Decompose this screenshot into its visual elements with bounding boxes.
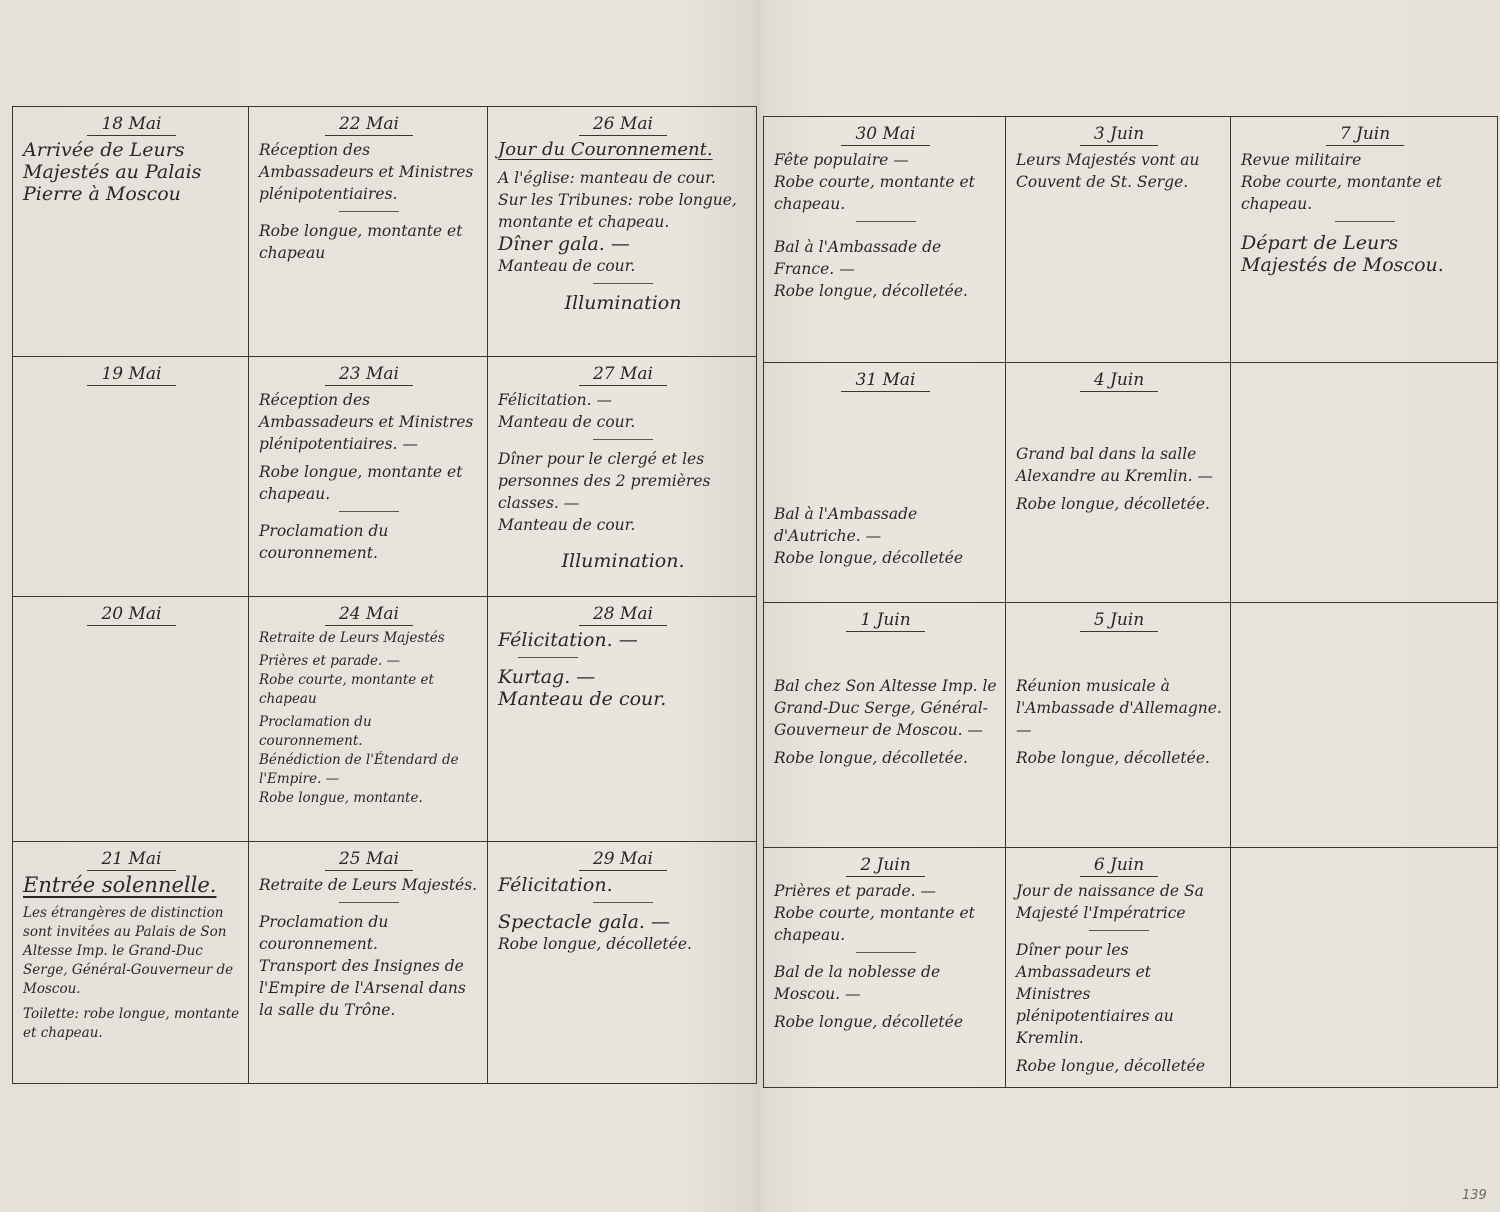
date-label: 30 Mai bbox=[841, 124, 929, 146]
entry-text: Proclamation du couronnement. bbox=[259, 520, 479, 564]
separator-line bbox=[856, 221, 916, 222]
separator-line bbox=[518, 657, 578, 658]
separator-line bbox=[339, 511, 399, 512]
separator-line bbox=[593, 902, 653, 903]
date-label: 22 Mai bbox=[325, 114, 413, 136]
entry-text: Robe longue, décolletée bbox=[774, 1011, 997, 1033]
entry-text: Manteau de cour. bbox=[498, 255, 748, 277]
date-label: 5 Juin bbox=[1080, 610, 1158, 632]
separator-line bbox=[1335, 221, 1395, 222]
date-label: 31 Mai bbox=[841, 370, 929, 392]
entry-text: Robe longue, décolletée. bbox=[498, 933, 748, 955]
separator-line bbox=[856, 952, 916, 953]
entry-text: Réception des Ambassadeurs et Ministres … bbox=[259, 139, 479, 205]
date-label: 25 Mai bbox=[325, 849, 413, 871]
entry-text: Bal à l'Ambassade d'Autriche. — bbox=[774, 503, 997, 547]
entry-text: Robe longue, décolletée. bbox=[1016, 493, 1222, 515]
entry-text: Robe longue, décolletée. bbox=[774, 747, 997, 769]
cell-31-mai: 31 Mai Bal à l'Ambassade d'Autriche. — R… bbox=[764, 363, 1006, 603]
entry-text: Départ de Leurs Majestés de Moscou. bbox=[1241, 232, 1489, 276]
entry-text: Manteau de cour. bbox=[498, 411, 748, 433]
cell-24-mai: 24 Mai Retraite de Leurs Majestés Prière… bbox=[249, 597, 488, 842]
date-label: 3 Juin bbox=[1080, 124, 1158, 146]
entry-text: Illumination bbox=[498, 292, 748, 314]
entry-text: Robe longue, montante. bbox=[259, 789, 479, 808]
entry-text: Les étrangères de distinction sont invit… bbox=[23, 904, 240, 999]
entry-text: Kurtag. — bbox=[498, 666, 748, 688]
cell-25-mai: 25 Mai Retraite de Leurs Majestés. Procl… bbox=[249, 842, 488, 1084]
entry-title: Entrée solennelle. bbox=[23, 874, 240, 896]
cell-1-juin: 1 Juin Bal chez Son Altesse Imp. le Gran… bbox=[764, 603, 1006, 848]
date-label: 28 Mai bbox=[579, 604, 667, 626]
cell-18-mai: 18 Mai Arrivée de Leurs Majestés au Pala… bbox=[13, 107, 249, 357]
date-label: 18 Mai bbox=[87, 114, 175, 136]
cell-28-mai: 28 Mai Félicitation. — Kurtag. — Manteau… bbox=[488, 597, 757, 842]
entry-text: Toilette: robe longue, montante et chape… bbox=[23, 1005, 240, 1043]
cell-empty bbox=[1231, 363, 1498, 603]
entry-text: Fête populaire — bbox=[774, 149, 997, 171]
cell-empty bbox=[1231, 603, 1498, 848]
entry-text: Réunion musicale à l'Ambassade d'Allemag… bbox=[1016, 675, 1222, 741]
date-label: 19 Mai bbox=[87, 364, 175, 386]
cell-29-mai: 29 Mai Félicitation. Spectacle gala. — R… bbox=[488, 842, 757, 1084]
date-label: 24 Mai bbox=[325, 604, 413, 626]
cell-20-mai: 20 Mai bbox=[13, 597, 249, 842]
entry-title: Jour du Couronnement. bbox=[498, 139, 748, 161]
entry-text: Transport des Insignes de l'Empire de l'… bbox=[259, 955, 479, 1021]
separator-line bbox=[593, 439, 653, 440]
entry-text: Jour de naissance de Sa Majesté l'Impéra… bbox=[1016, 880, 1222, 924]
date-label: 29 Mai bbox=[579, 849, 667, 871]
cell-empty bbox=[1231, 848, 1498, 1088]
cell-27-mai: 27 Mai Félicitation. — Manteau de cour. … bbox=[488, 357, 757, 597]
cell-26-mai: 26 Mai Jour du Couronnement. A l'église:… bbox=[488, 107, 757, 357]
entry-text: Spectacle gala. — bbox=[498, 911, 748, 933]
cell-21-mai: 21 Mai Entrée solennelle. Les étrangères… bbox=[13, 842, 249, 1084]
entry-text: Bénédiction de l'Étendard de l'Empire. — bbox=[259, 751, 479, 789]
entry-text: Revue militaire bbox=[1241, 149, 1489, 171]
separator-line bbox=[1089, 930, 1149, 931]
schedule-table-right: 30 Mai Fête populaire — Robe courte, mon… bbox=[763, 116, 1498, 1088]
entry-text: Sur les Tribunes: robe longue, montante … bbox=[498, 189, 748, 233]
entry-text: Proclamation du couronnement. bbox=[259, 713, 479, 751]
entry-text: Félicitation. — bbox=[498, 389, 748, 411]
entry-text: Dîner pour le clergé et les personnes de… bbox=[498, 448, 748, 514]
separator-line bbox=[339, 211, 399, 212]
entry-text: Manteau de cour. bbox=[498, 514, 748, 536]
cell-23-mai: 23 Mai Réception des Ambassadeurs et Min… bbox=[249, 357, 488, 597]
entry-text: Bal à l'Ambassade de France. — bbox=[774, 236, 997, 280]
cell-22-mai: 22 Mai Réception des Ambassadeurs et Min… bbox=[249, 107, 488, 357]
entry-text: Arrivée de Leurs Majestés au Palais Pier… bbox=[23, 139, 240, 205]
separator-line bbox=[339, 902, 399, 903]
entry-text: Proclamation du couronnement. bbox=[259, 911, 479, 955]
cell-30-mai: 30 Mai Fête populaire — Robe courte, mon… bbox=[764, 117, 1006, 363]
date-label: 27 Mai bbox=[579, 364, 667, 386]
entry-text: Robe longue, décolletée bbox=[774, 547, 997, 569]
entry-text: Robe courte, montante et chapeau. bbox=[774, 902, 997, 946]
cell-19-mai: 19 Mai bbox=[13, 357, 249, 597]
date-label: 7 Juin bbox=[1326, 124, 1404, 146]
entry-text: Robe courte, montante et chapeau. bbox=[1241, 171, 1489, 215]
page-number: 139 bbox=[1462, 1188, 1487, 1203]
separator-line bbox=[593, 283, 653, 284]
entry-text: Bal chez Son Altesse Imp. le Grand-Duc S… bbox=[774, 675, 997, 741]
entry-text: Félicitation. — bbox=[498, 629, 748, 651]
entry-text: Robe courte, montante et chapeau bbox=[259, 671, 479, 709]
date-label: 23 Mai bbox=[325, 364, 413, 386]
entry-text: Manteau de cour. bbox=[498, 688, 748, 710]
entry-text: Félicitation. bbox=[498, 874, 748, 896]
date-label: 1 Juin bbox=[846, 610, 924, 632]
entry-text: Grand bal dans la salle Alexandre au Kre… bbox=[1016, 443, 1222, 487]
cell-6-juin: 6 Juin Jour de naissance de Sa Majesté l… bbox=[1006, 848, 1231, 1088]
cell-5-juin: 5 Juin Réunion musicale à l'Ambassade d'… bbox=[1006, 603, 1231, 848]
date-label: 6 Juin bbox=[1080, 855, 1158, 877]
entry-text: Dîner gala. — bbox=[498, 233, 748, 255]
date-label: 21 Mai bbox=[87, 849, 175, 871]
cell-2-juin: 2 Juin Prières et parade. — Robe courte,… bbox=[764, 848, 1006, 1088]
entry-text: A l'église: manteau de cour. bbox=[498, 167, 748, 189]
cell-7-juin: 7 Juin Revue militaire Robe courte, mont… bbox=[1231, 117, 1498, 363]
entry-text: Illumination. bbox=[498, 550, 748, 572]
date-label: 26 Mai bbox=[579, 114, 667, 136]
entry-text: Réception des Ambassadeurs et Ministres … bbox=[259, 389, 479, 455]
entry-text: Robe longue, décolletée bbox=[1016, 1055, 1222, 1077]
entry-text: Robe courte, montante et chapeau. bbox=[774, 171, 997, 215]
cell-4-juin: 4 Juin Grand bal dans la salle Alexandre… bbox=[1006, 363, 1231, 603]
entry-text: Robe longue, décolletée. bbox=[774, 280, 997, 302]
entry-text: Prières et parade. — bbox=[259, 652, 479, 671]
entry-text: Robe longue, montante et chapeau bbox=[259, 220, 479, 264]
entry-text: Robe longue, montante et chapeau. bbox=[259, 461, 479, 505]
schedule-table-left: 18 Mai Arrivée de Leurs Majestés au Pala… bbox=[12, 106, 757, 1084]
date-label: 4 Juin bbox=[1080, 370, 1158, 392]
entry-text: Retraite de Leurs Majestés. bbox=[259, 874, 479, 896]
cell-3-juin: 3 Juin Leurs Majestés vont au Couvent de… bbox=[1006, 117, 1231, 363]
entry-text: Prières et parade. — bbox=[774, 880, 997, 902]
date-label: 2 Juin bbox=[846, 855, 924, 877]
entry-text: Robe longue, décolletée. bbox=[1016, 747, 1222, 769]
entry-text: Retraite de Leurs Majestés bbox=[259, 629, 479, 648]
entry-text: Bal de la noblesse de Moscou. — bbox=[774, 961, 997, 1005]
entry-text: Leurs Majestés vont au Couvent de St. Se… bbox=[1016, 149, 1222, 193]
entry-text: Dîner pour les Ambassadeurs et Ministres… bbox=[1016, 939, 1222, 1049]
date-label: 20 Mai bbox=[87, 604, 175, 626]
